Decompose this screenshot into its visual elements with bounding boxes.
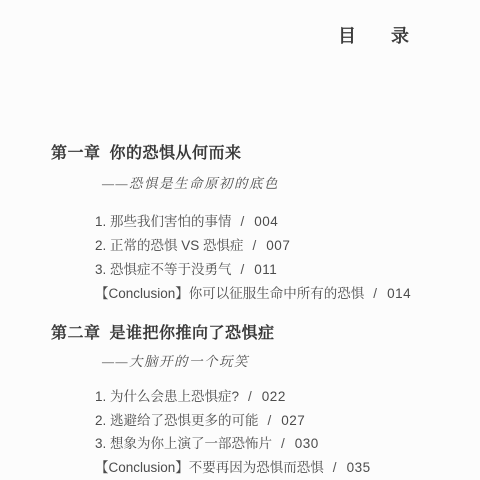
chapter-heading: 第二章 是谁把你推向了恐惧症	[51, 325, 371, 343]
page-number: 035	[347, 460, 371, 475]
toc-item-label: 1. 那些我们害怕的事情	[95, 214, 232, 229]
page-number: 027	[281, 413, 305, 428]
chapter-number: 第二章	[51, 325, 101, 343]
toc-item: 【Conclusion】不要再因为恐惧而恐惧/035	[95, 461, 371, 480]
page-separator: /	[241, 262, 245, 277]
page-number: 004	[254, 214, 278, 229]
page-separator: /	[373, 286, 377, 301]
chapter-1-item-list: 1. 那些我们害怕的事情/004 2. 正常的恐惧 VS 恐惧症/007 3. …	[95, 215, 411, 311]
chapter-subtitle: ——恐惧是生命原初的底色	[102, 175, 411, 192]
toc-item-label: 1. 为什么会患上恐惧症?	[95, 389, 239, 404]
toc-item-label: 【Conclusion】不要再因为恐惧而恐惧	[95, 460, 324, 475]
page-separator: /	[268, 413, 272, 428]
chapter-title: 你的恐惧从何而来	[110, 145, 242, 163]
toc-item: 3. 恐惧症不等于没勇气/011	[95, 263, 411, 287]
page-separator: /	[281, 436, 285, 451]
chapter-1-section: 第一章 你的恐惧从何而来 ——恐惧是生命原初的底色 1. 那些我们害怕的事情/0…	[51, 145, 411, 311]
page-number: 014	[387, 286, 411, 301]
toc-item-label: 2. 逃避给了恐惧更多的可能	[95, 413, 259, 428]
chapter-number: 第一章	[51, 145, 101, 163]
toc-page: 目 录 第一章 你的恐惧从何而来 ——恐惧是生命原初的底色 1. 那些我们害怕的…	[0, 0, 480, 480]
toc-item-label: 3. 想象为你上演了一部恐怖片	[95, 436, 272, 451]
page-number: 022	[262, 389, 286, 404]
toc-item: 1. 为什么会患上恐惧症?/022	[95, 390, 371, 414]
toc-item: 2. 逃避给了恐惧更多的可能/027	[95, 414, 371, 438]
chapter-heading: 第一章 你的恐惧从何而来	[51, 145, 411, 163]
page-number: 030	[295, 436, 319, 451]
chapter-title: 是谁把你推向了恐惧症	[110, 325, 275, 343]
page-separator: /	[253, 238, 257, 253]
page-separator: /	[241, 214, 245, 229]
chapter-2-section: 第二章 是谁把你推向了恐惧症 ——大脑开的一个玩笑 1. 为什么会患上恐惧症?/…	[51, 325, 371, 480]
toc-item: 【Conclusion】你可以征服生命中所有的恐惧/014	[95, 287, 411, 311]
toc-item: 1. 那些我们害怕的事情/004	[95, 215, 411, 239]
toc-item: 2. 正常的恐惧 VS 恐惧症/007	[95, 239, 411, 263]
page-number: 011	[254, 262, 277, 277]
page-separator: /	[248, 389, 252, 404]
toc-item-label: 3. 恐惧症不等于没勇气	[95, 262, 232, 277]
toc-item-label: 【Conclusion】你可以征服生命中所有的恐惧	[95, 286, 364, 301]
toc-item-label: 2. 正常的恐惧 VS 恐惧症	[95, 238, 244, 253]
chapter-subtitle: ——大脑开的一个玩笑	[102, 353, 371, 370]
toc-item: 3. 想象为你上演了一部恐怖片/030	[95, 437, 371, 461]
page-title: 目 录	[338, 22, 410, 48]
page-number: 007	[266, 238, 290, 253]
chapter-2-item-list: 1. 为什么会患上恐惧症?/022 2. 逃避给了恐惧更多的可能/027 3. …	[95, 390, 371, 480]
page-separator: /	[333, 460, 337, 475]
